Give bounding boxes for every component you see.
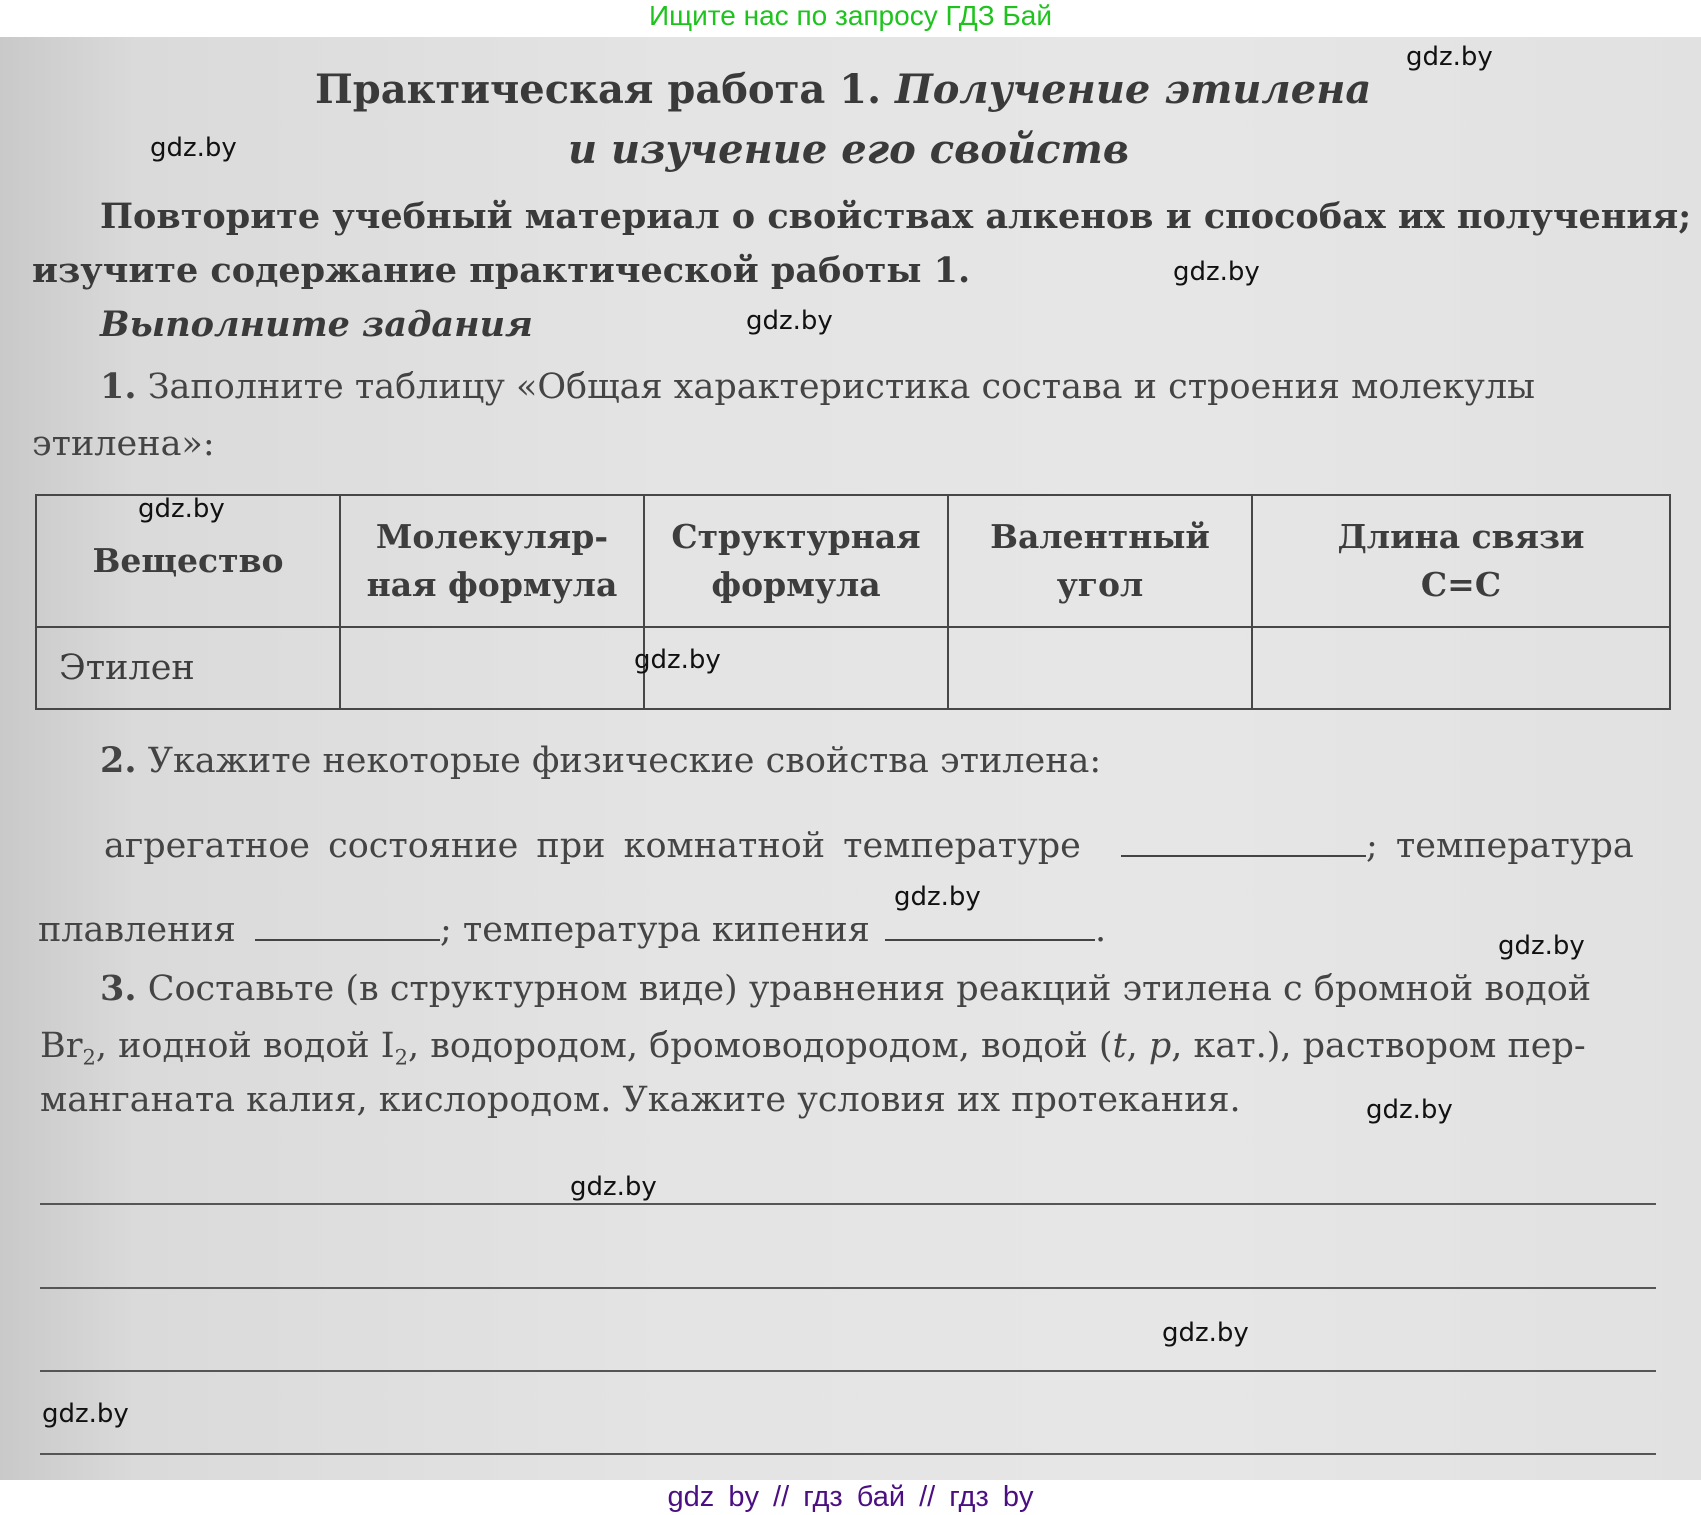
watermark: gdz.by <box>570 1172 657 1202</box>
task2-line2: плавления ; температура кипения . <box>38 910 1106 950</box>
watermark: gdz.by <box>746 306 833 336</box>
table-row: Этилен <box>36 627 1670 709</box>
cell-bond-length[interactable] <box>1252 627 1670 709</box>
page-title-line2: и изучение его свойств <box>568 126 1129 173</box>
watermark: gdz.by <box>1406 42 1493 72</box>
footer-watermark: gdz by // гдз бай // гдз by <box>0 1480 1701 1515</box>
task3-line2: Br2, иодной водой I2, водородом, бромово… <box>40 1026 1586 1066</box>
cell-molecular-formula[interactable] <box>340 627 644 709</box>
title-italic-line1: Получение этилена <box>895 66 1371 113</box>
cell-substance: Этилен <box>36 627 340 709</box>
cell-valence-angle[interactable] <box>948 627 1252 709</box>
header-valence-angle: Валентныйугол <box>948 495 1252 627</box>
watermark: gdz.by <box>894 882 981 912</box>
page-title-line1: Практическая работа 1. Получение этилена <box>315 66 1371 113</box>
intro-line1: Повторите учебный материал о свойствах а… <box>100 196 1691 237</box>
watermark: gdz.by <box>42 1399 129 1429</box>
task2-number: 2. <box>100 740 137 781</box>
state-answer-blank[interactable] <box>1121 854 1366 857</box>
task1-line1: 1. Заполните таблицу «Общая характеристи… <box>100 366 1535 407</box>
intro-line2: изучите содержание практической работы 1… <box>32 250 970 291</box>
answer-line-3[interactable] <box>40 1370 1656 1372</box>
task2-line1: агрегатное состояние при комнатной темпе… <box>104 826 1634 866</box>
task1-number: 1. <box>100 366 137 407</box>
title-italic-line2: и изучение его свойств <box>568 126 1129 173</box>
task2-heading: 2. Укажите некоторые физические свойства… <box>100 740 1101 781</box>
search-hint-banner: Ищите нас по запросу ГДЗ Бай <box>0 0 1701 37</box>
task1-line2: этилена»: <box>32 424 215 464</box>
task3-line1: 3. Составьте (в структурном виде) уравне… <box>100 968 1591 1009</box>
table-header-row: Вещество Молекуляр-ная формула Структурн… <box>36 495 1670 627</box>
ethylene-characteristics-table: Вещество Молекуляр-ная формула Структурн… <box>35 494 1671 710</box>
answer-line-4[interactable] <box>40 1453 1656 1455</box>
watermark: gdz.by <box>1162 1318 1249 1348</box>
header-molecular-formula: Молекуляр-ная формула <box>340 495 644 627</box>
watermark: gdz.by <box>1366 1095 1453 1125</box>
title-prefix: Практическая работа 1. <box>315 66 881 113</box>
answer-line-2[interactable] <box>40 1287 1656 1289</box>
task1-text: Заполните таблицу «Общая характеристика … <box>148 367 1535 407</box>
header-bond-length: Длина связиC=C <box>1252 495 1670 627</box>
watermark: gdz.by <box>1498 931 1585 961</box>
header-structural-formula: Структурнаяформула <box>644 495 948 627</box>
watermark: gdz.by <box>634 645 721 675</box>
watermark: gdz.by <box>150 133 237 163</box>
watermark: gdz.by <box>138 494 225 524</box>
tasks-heading: Выполните задания <box>100 304 533 345</box>
answer-line-1[interactable] <box>40 1203 1656 1205</box>
boiling-point-blank[interactable] <box>885 938 1095 941</box>
watermark: gdz.by <box>1173 257 1260 287</box>
melting-point-blank[interactable] <box>255 938 440 941</box>
task3-number: 3. <box>100 968 137 1009</box>
task3-line3: манганата калия, кислородом. Укажите усл… <box>40 1080 1241 1120</box>
